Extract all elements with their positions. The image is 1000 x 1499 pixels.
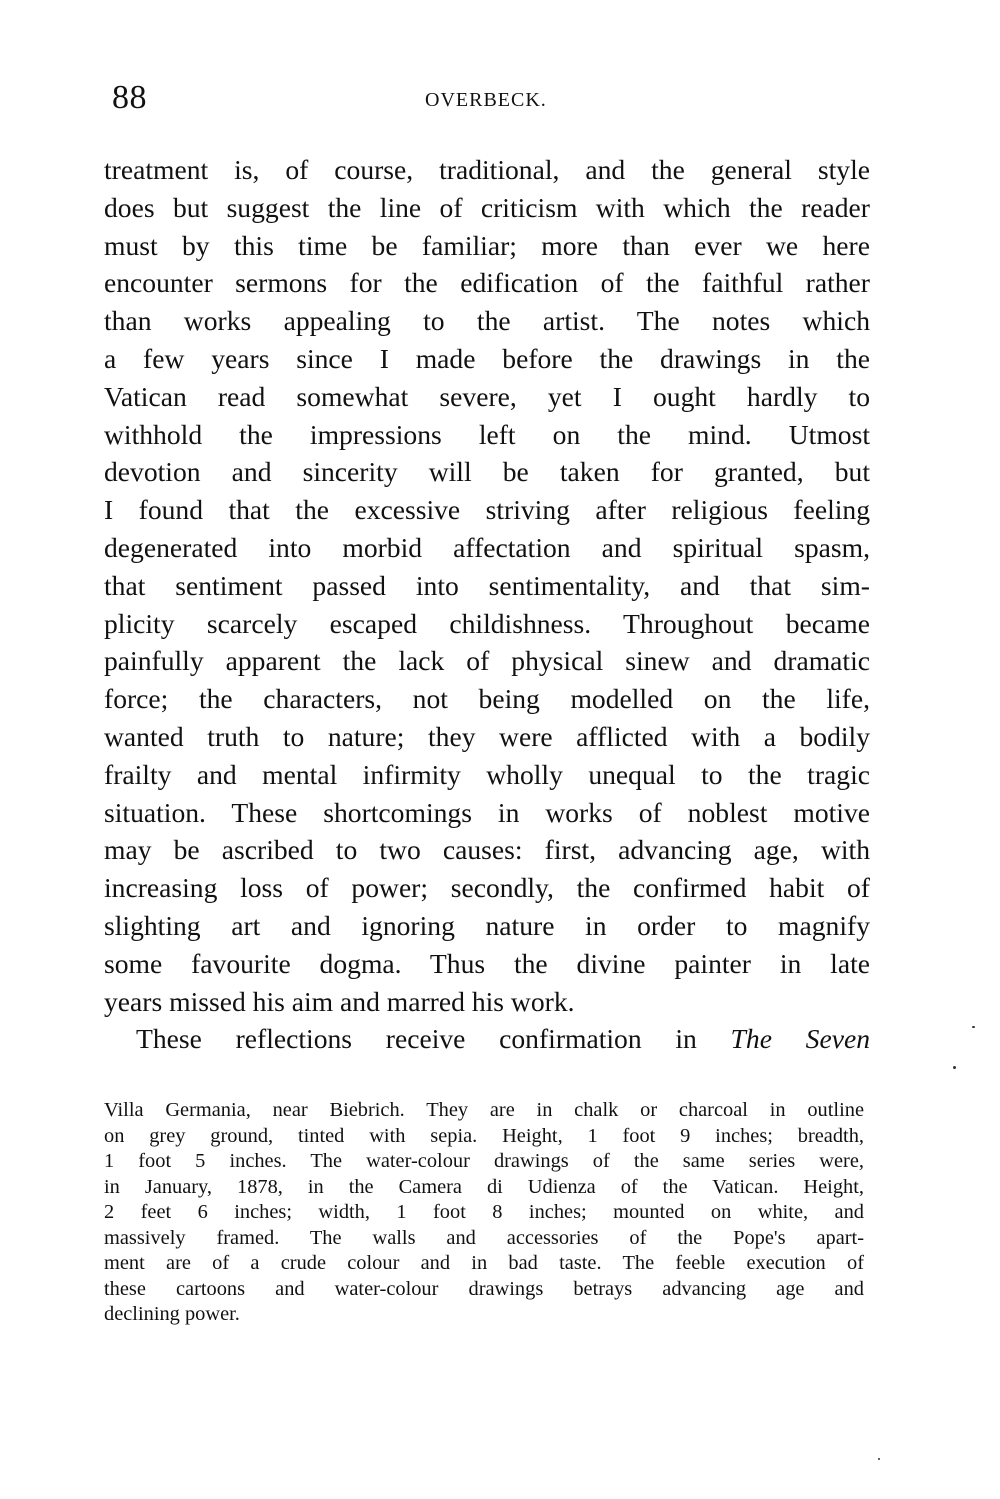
scan-speck: [878, 1458, 880, 1460]
text-line: frailty and mental infirmity wholly uneq…: [104, 756, 870, 794]
footnote-line: Villa Germania, near Biebrich. They are …: [104, 1098, 864, 1124]
paragraph-text: These reflections receive confirmation i…: [136, 1023, 697, 1054]
footnote-line: in January, 1878, in the Camera di Udien…: [104, 1175, 864, 1201]
text-line: painfully apparent the lack of physical …: [104, 642, 870, 680]
text-line: situation. These shortcomings in works o…: [104, 794, 870, 832]
text-line: does but suggest the line of criticism w…: [104, 189, 870, 227]
footnote-line: 2 feet 6 inches; width, 1 foot 8 inches;…: [104, 1200, 864, 1226]
text-line: wanted truth to nature; they were afflic…: [104, 718, 870, 756]
text-line: force; the characters, not being modelle…: [104, 680, 870, 718]
footnote-line: declining power.: [104, 1302, 864, 1328]
text-line: devotion and sincerity will be taken for…: [104, 453, 870, 491]
italic-title: The Seven: [731, 1023, 870, 1054]
footnote-line: 1 foot 5 inches. The water-colour drawin…: [104, 1149, 864, 1175]
text-line: increasing loss of power; secondly, the …: [104, 869, 870, 907]
running-head: 88 OVERBECK.: [112, 78, 868, 118]
text-line: withhold the impressions left on the min…: [104, 416, 870, 454]
text-line: must by this time be familiar; more than…: [104, 227, 870, 265]
text-line: than works appealing to the artist. The …: [104, 302, 870, 340]
text-line: years missed his aim and marred his work…: [104, 983, 870, 1021]
main-text: treatment is, of course, traditional, an…: [104, 151, 870, 1058]
text-line: encounter sermons for the edification of…: [104, 264, 870, 302]
text-line: Vatican read somewhat severe, yet I ough…: [104, 378, 870, 416]
book-page: 88 OVERBECK. treatment is, of course, tr…: [0, 0, 1000, 1499]
page-number: 88: [112, 78, 147, 118]
paragraph-start-line: These reflections receive confirmation i…: [104, 1020, 870, 1058]
text-line: some favourite dogma. Thus the divine pa…: [104, 945, 870, 983]
footnote-line: ment are of a crude colour and in bad ta…: [104, 1251, 864, 1277]
footnote-line: massively framed. The walls and accessor…: [104, 1226, 864, 1252]
text-line: may be ascribed to two causes: first, ad…: [104, 831, 870, 869]
text-line: slighting art and ignoring nature in ord…: [104, 907, 870, 945]
footnote-line: on grey ground, tinted with sepia. Heigh…: [104, 1124, 864, 1150]
text-line: I found that the excessive striving afte…: [104, 491, 870, 529]
running-title: OVERBECK.: [425, 86, 547, 114]
text-line: plicity scarcely escaped childishness. T…: [104, 605, 870, 643]
footnote: Villa Germania, near Biebrich. They are …: [104, 1098, 864, 1328]
scan-speck: [953, 1066, 956, 1069]
text-line: degenerated into morbid affectation and …: [104, 529, 870, 567]
scan-speck: [972, 1026, 975, 1028]
footnote-line: these cartoons and water-colour drawings…: [104, 1277, 864, 1303]
text-line: that sentiment passed into sentimentalit…: [104, 567, 870, 605]
text-line: treatment is, of course, traditional, an…: [104, 151, 870, 189]
text-line: a few years since I made before the draw…: [104, 340, 870, 378]
